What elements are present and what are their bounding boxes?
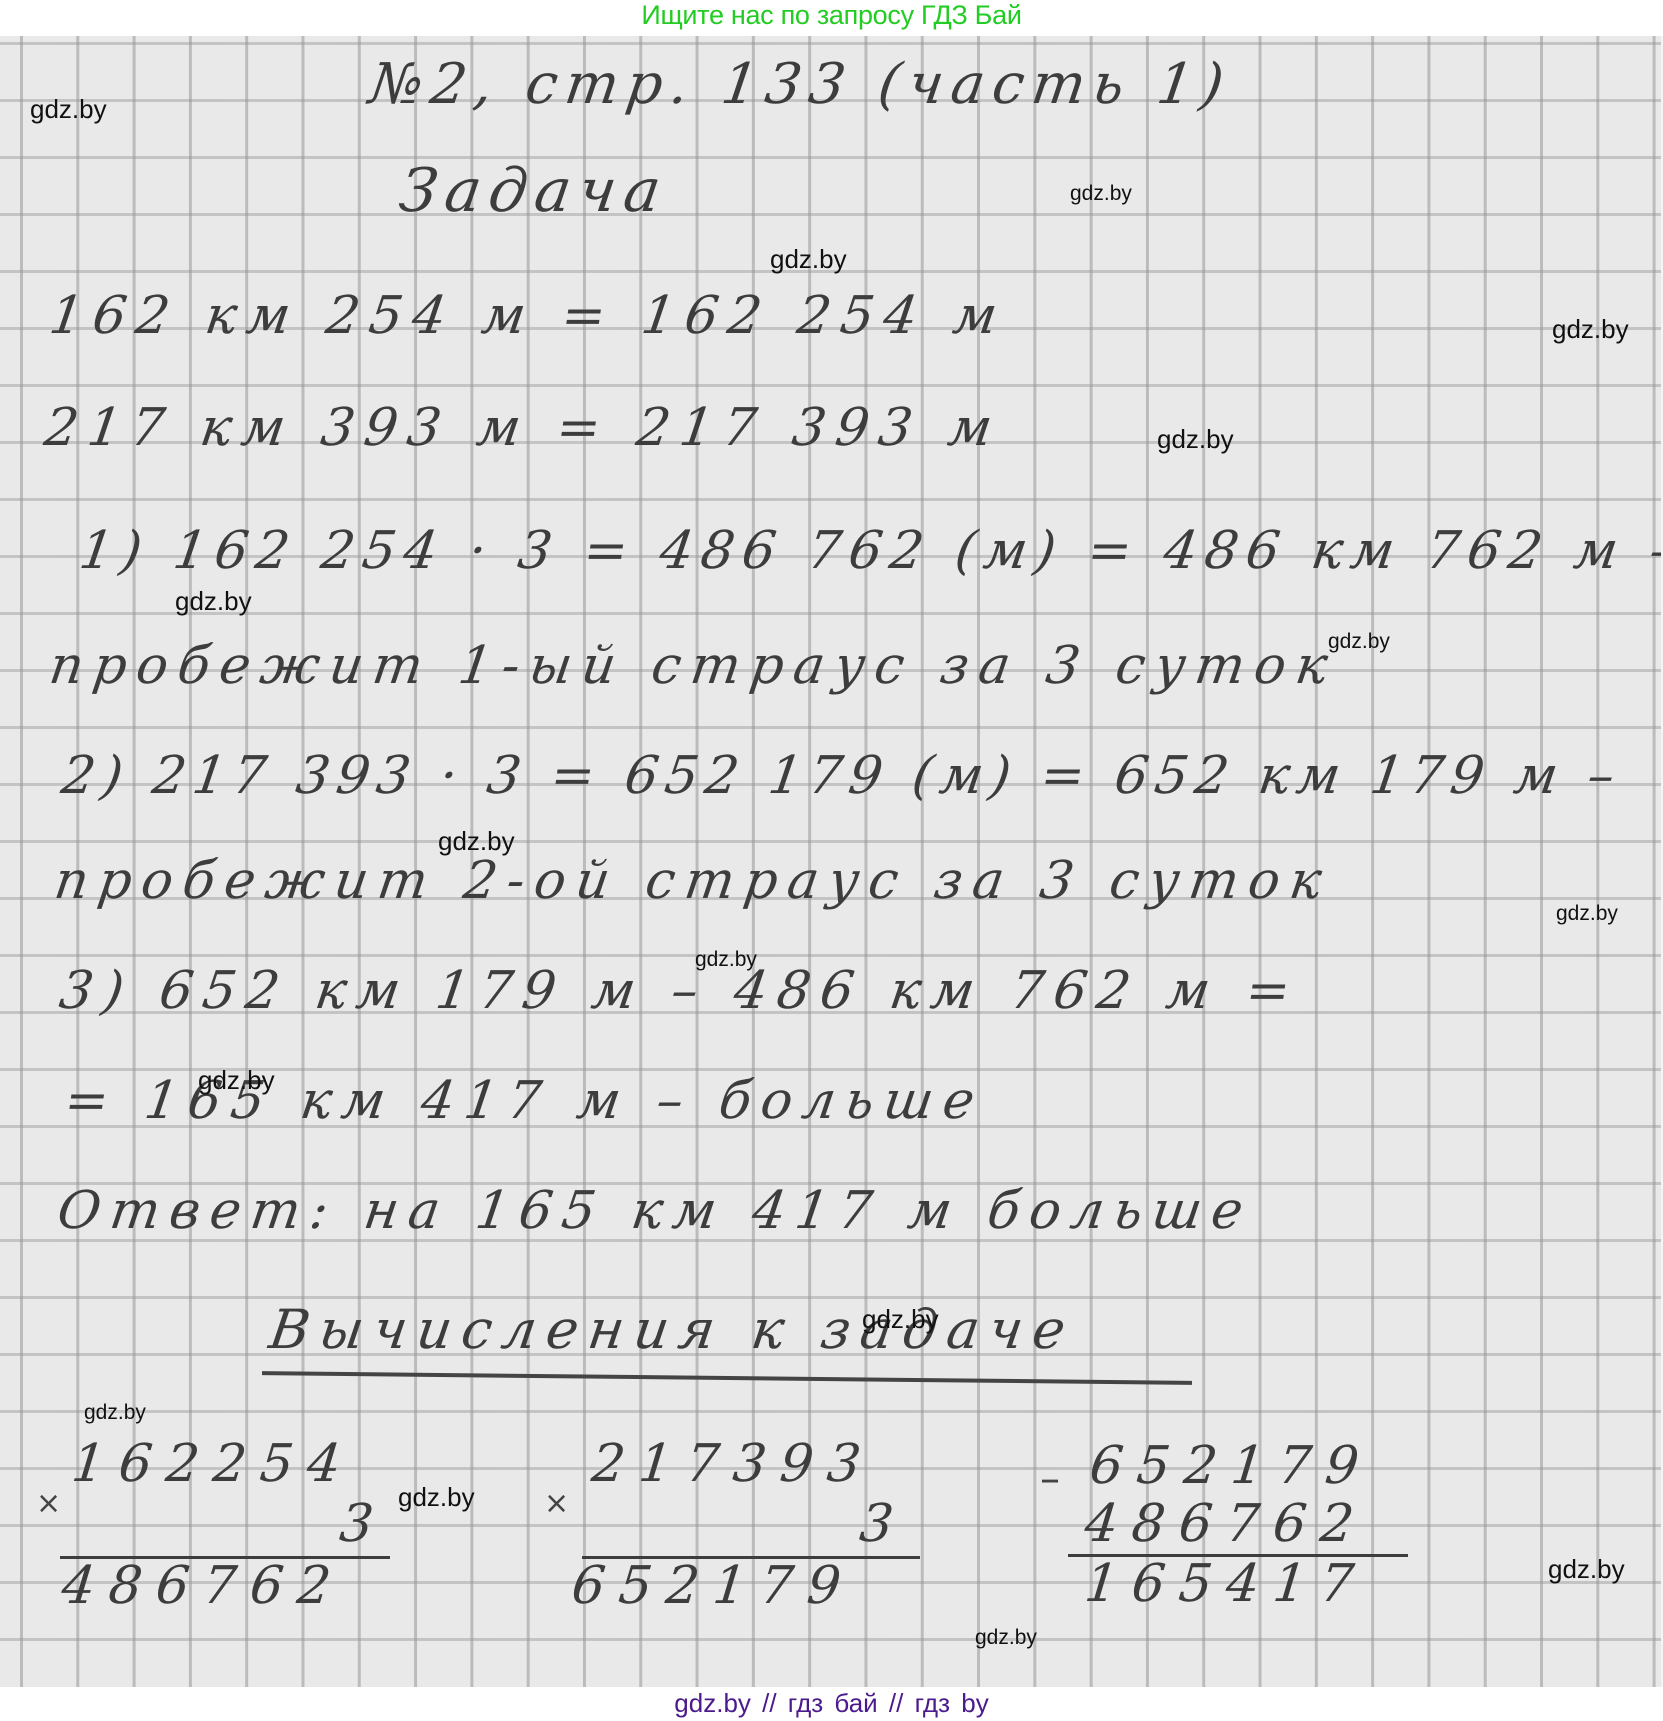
- step-3-equation: 3) 652 км 179 м – 486 км 762 м =: [56, 961, 1304, 1021]
- footer-links: gdz.by // гдз бай // гдз by: [0, 1688, 1663, 1721]
- task-subheading: Задача: [395, 156, 673, 226]
- calc-2-result: 652179: [569, 1556, 858, 1616]
- top-banner: Ищите нас по запросу ГДЗ Бай: [0, 0, 1663, 34]
- multiply-sign-2: ×: [544, 1486, 569, 1521]
- watermark: gdz.by: [1157, 424, 1234, 455]
- watermark: gdz.by: [1556, 902, 1618, 926]
- calculations-heading: Вычисления к задаче: [266, 1298, 1080, 1361]
- calc-1-result: 486762: [59, 1556, 348, 1616]
- calc-1-bottom: 3: [337, 1494, 390, 1554]
- step-2-description: пробежит 2-ой страус за 3 суток: [51, 851, 1335, 911]
- conversion-line-1: 162 км 254 м = 162 254 м: [46, 286, 1011, 346]
- watermark: gdz.by: [30, 94, 107, 125]
- conversion-line-2: 217 км 393 м = 217 393 м: [41, 398, 1006, 458]
- watermark: gdz.by: [770, 244, 847, 275]
- watermark: gdz.by: [84, 1401, 146, 1425]
- watermark: gdz.by: [862, 1304, 939, 1335]
- calc-2-bottom: 3: [857, 1494, 910, 1554]
- watermark: gdz.by: [975, 1626, 1037, 1650]
- step-1-equation: 1) 162 254 · 3 = 486 762 (м) = 486 км 76…: [76, 521, 1663, 581]
- calc-3-result: 165417: [1082, 1554, 1371, 1614]
- watermark: gdz.by: [175, 586, 252, 617]
- step-1-description: пробежит 1-ый страус за 3 суток: [46, 636, 1341, 696]
- watermark: gdz.by: [438, 826, 515, 857]
- calc-1-top: 162254: [69, 1434, 358, 1494]
- task-heading: №2, стр. 133 (часть 1): [365, 52, 1235, 117]
- calc-2-top: 217393: [589, 1434, 878, 1494]
- answer-line: Ответ: на 165 км 417 м больше: [54, 1181, 1257, 1241]
- notebook-page-photo: №2, стр. 133 (часть 1) Задача 162 км 254…: [0, 36, 1663, 1687]
- multiply-sign-1: ×: [36, 1486, 61, 1521]
- watermark: gdz.by: [398, 1482, 475, 1513]
- calc-3-top: 652179: [1087, 1436, 1376, 1496]
- minus-sign: –: [1040, 1456, 1060, 1502]
- calculations-heading-underline: [262, 1371, 1192, 1385]
- watermark: gdz.by: [1070, 182, 1132, 206]
- watermark: gdz.by: [1328, 630, 1390, 654]
- watermark: gdz.by: [695, 948, 757, 972]
- watermark: gdz.by: [1548, 1554, 1625, 1585]
- step-2-equation: 2) 217 393 · 3 = 652 179 (м) = 652 км 17…: [58, 746, 1625, 806]
- watermark: gdz.by: [198, 1065, 275, 1096]
- calc-3-bottom: 486762: [1082, 1494, 1371, 1554]
- watermark: gdz.by: [1552, 314, 1629, 345]
